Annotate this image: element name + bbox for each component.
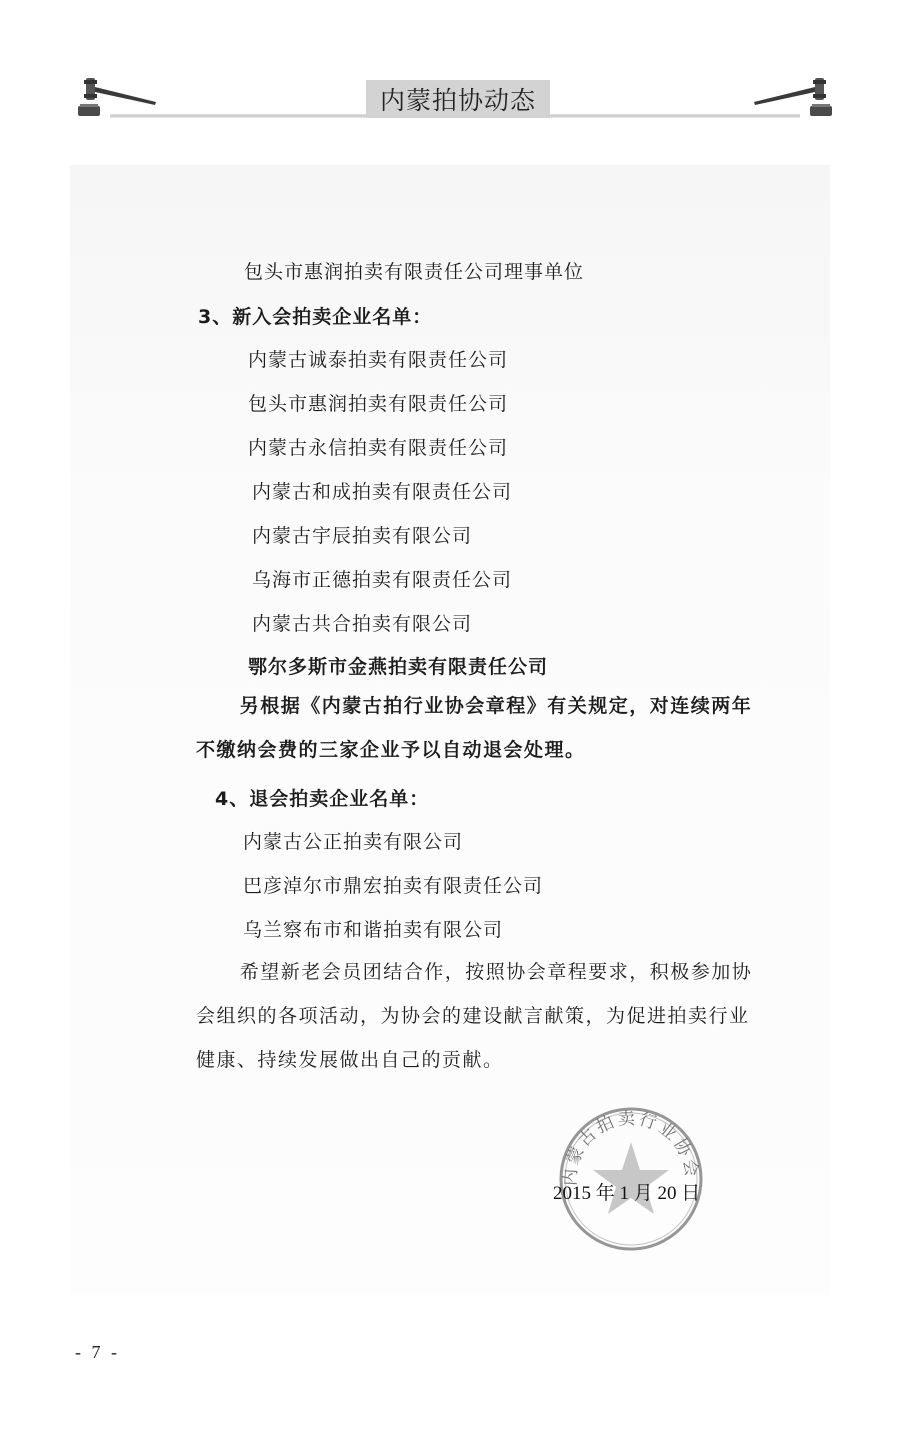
page-header: 内蒙拍协动态 <box>70 72 840 122</box>
gavel-icon <box>744 72 834 122</box>
page-number: - 7 - <box>75 1342 120 1363</box>
signature-date: 2015 年 1 月 20 日 <box>553 1178 700 1205</box>
list-item: 乌海市正德拍卖有限责任公司 <box>252 565 512 592</box>
continued-line: 包头市惠润拍卖有限责任公司理事单位 <box>244 257 584 284</box>
list-item: 内蒙古诚泰拍卖有限责任公司 <box>248 345 508 372</box>
list-item: 巴彦淖尔市鼎宏拍卖有限责任公司 <box>243 871 543 898</box>
section3-heading: 3、新入会拍卖企业名单： <box>198 302 432 329</box>
list-item: 内蒙古公正拍卖有限公司 <box>243 827 463 854</box>
list-item: 内蒙古和成拍卖有限责任公司 <box>252 477 512 504</box>
closing-paragraph: 希望新老会员团结合作，按照协会章程要求，积极参加协会组织的各项活动，为协会的建设… <box>196 950 756 1082</box>
list-item: 内蒙古宇辰拍卖有限公司 <box>252 521 472 548</box>
gavel-icon <box>76 72 166 122</box>
list-item: 乌兰察布市和谐拍卖有限公司 <box>243 915 503 942</box>
list-item: 鄂尔多斯市金燕拍卖有限责任公司 <box>248 652 548 679</box>
list-item: 内蒙古永信拍卖有限责任公司 <box>248 433 508 460</box>
note-paragraph: 另根据《内蒙古拍行业协会章程》有关规定，对连续两年不缴纳会费的三家企业予以自动退… <box>196 684 756 772</box>
list-item: 内蒙古共合拍卖有限公司 <box>252 609 472 636</box>
list-item: 包头市惠润拍卖有限责任公司 <box>248 389 508 416</box>
header-title: 内蒙拍协动态 <box>380 81 536 117</box>
header-title-box: 内蒙拍协动态 <box>366 80 550 118</box>
section4-heading: 4、退会拍卖企业名单： <box>215 784 429 811</box>
